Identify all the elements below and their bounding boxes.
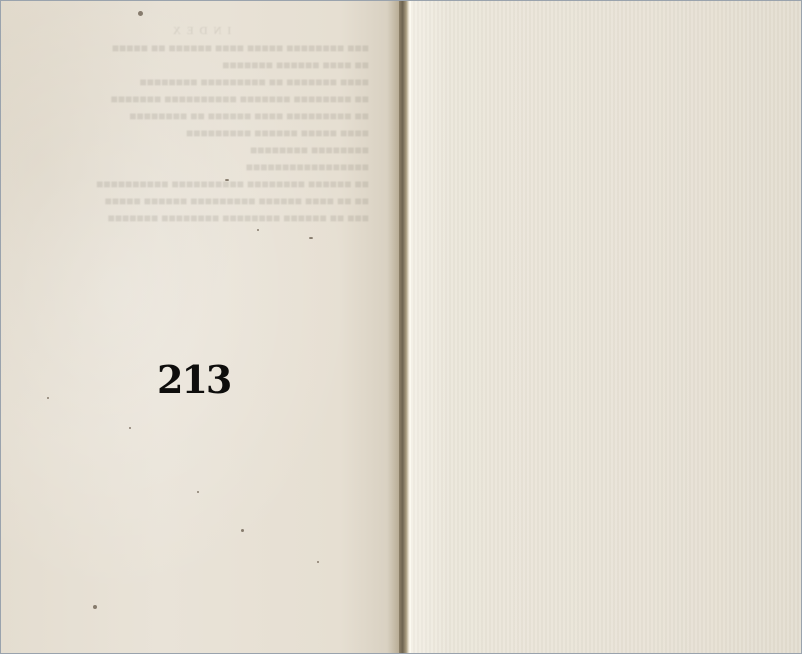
paper-speck xyxy=(47,397,49,399)
paper-speck xyxy=(309,237,313,239)
book-gutter xyxy=(399,1,411,653)
show-through-text: INDEX ■■■ ■■■■■■■■ ■■■■■ ■■■■ ■■■■■■ ■■ … xyxy=(29,23,369,227)
show-through-line: ■■ ■■■■■■ ■■■■■■■■ ■■■■■■■■■■ ■■■■■■■■■■ xyxy=(29,176,369,193)
show-through-line: ■■■■ ■■■■■■■ ■■ ■■■■■■■■■ ■■■■■■■■ xyxy=(29,74,369,91)
show-through-line: ■■■ ■■ ■■■■■■ ■■■■■■■■ ■■■■■■■■ ■■■■■■■ xyxy=(29,210,369,227)
paper-speck xyxy=(225,179,229,181)
book-spread: INDEX ■■■ ■■■■■■■■ ■■■■■ ■■■■ ■■■■■■ ■■ … xyxy=(1,1,801,653)
paper-speck xyxy=(129,427,131,429)
paper-speck xyxy=(241,529,244,532)
page-number-stamp: 213 xyxy=(157,360,230,400)
paper-speck xyxy=(138,11,143,16)
show-through-line: ■■ ■■ ■■■■ ■■■■■■ ■■■■■■■■■ ■■■■■■ ■■■■■ xyxy=(29,193,369,210)
show-through-line: ■■■■■■■■ ■■■■■■■■ xyxy=(29,142,369,159)
show-through-heading: INDEX xyxy=(29,23,369,40)
show-through-line: ■■■■■■■■■■■■■■■■■ xyxy=(29,159,369,176)
show-through-line: ■■ ■■■■ ■■■■■■ ■■■■■■■ xyxy=(29,57,369,74)
show-through-line: ■■ ■■■■■■■■ ■■■■■■■ ■■■■■■■■■■ ■■■■■■■ xyxy=(29,91,369,108)
show-through-line: ■■■■ ■■■■■ ■■■■■■ ■■■■■■■■■ xyxy=(29,125,369,142)
paper-speck xyxy=(257,229,259,231)
paper-speck xyxy=(197,491,199,493)
paper-speck xyxy=(317,561,319,563)
show-through-line: ■■■ ■■■■■■■■ ■■■■■ ■■■■ ■■■■■■ ■■ ■■■■■ xyxy=(29,40,369,57)
show-through-line: ■■ ■■■■■■■■■ ■■■■ ■■■■■■ ■■ ■■■■■■■■ xyxy=(29,108,369,125)
right-page xyxy=(411,1,801,653)
left-page: INDEX ■■■ ■■■■■■■■ ■■■■■ ■■■■ ■■■■■■ ■■ … xyxy=(1,1,399,653)
paper-speck xyxy=(93,605,97,609)
